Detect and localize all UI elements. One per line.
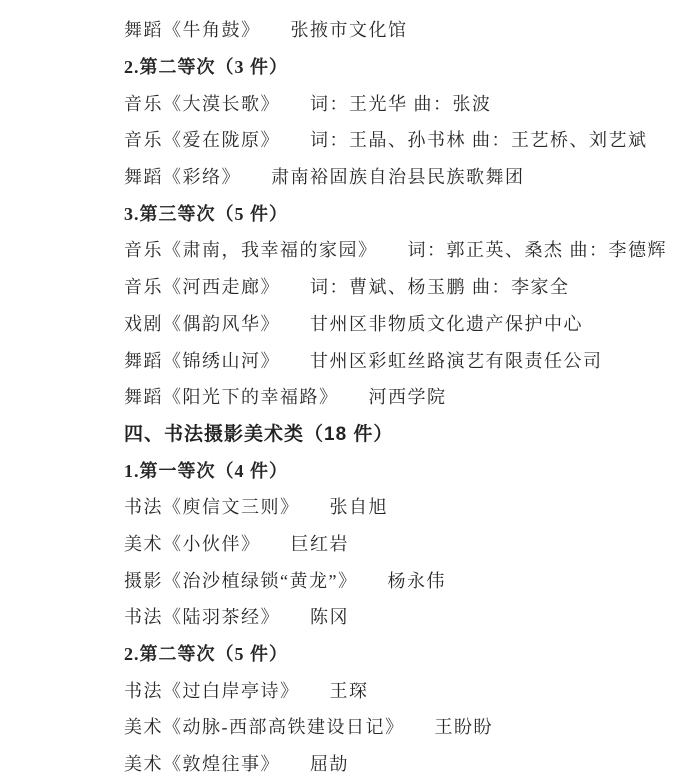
award-entry-line: 舞蹈《阳光下的幸福路》 河西学院 [124,378,677,415]
award-entry-line: 舞蹈《彩络》 肃南裕固族自治县民族歌舞团 [124,158,677,195]
award-entry-line: 舞蹈《牛角鼓》 张掖市文化馆 [124,11,677,48]
award-entry-line: 美术《动脉-西部高铁建设日记》 王盼盼 [124,708,677,745]
award-entry-line: 音乐《肃南，我幸福的家园》 词：郭正英、桑杰 曲：李德辉 [124,231,677,268]
rank-subheading: 2.第二等次（5 件） [124,635,677,672]
award-entry-line: 美术《敦煌往事》 屈劼 [124,745,677,782]
award-entry-line: 音乐《爱在陇原》 词：王晶、孙书林 曲：王艺桥、刘艺斌 [124,121,677,158]
rank-subheading: 1.第一等次（4 件） [124,451,677,488]
rank-subheading: 2.第二等次（3 件） [124,48,677,85]
document-page: 舞蹈《牛角鼓》 张掖市文化馆 2.第二等次（3 件） 音乐《大漠长歌》 词：王光… [0,0,697,784]
award-entry-line: 戏剧《偶韵风华》 甘州区非物质文化遗产保护中心 [124,305,677,342]
award-entry-line: 摄影《治沙植绿锁“黄龙”》 杨永伟 [124,561,677,598]
award-entry-line: 书法《庾信文三则》 张自旭 [124,488,677,525]
award-entry-line: 舞蹈《锦绣山河》 甘州区彩虹丝路演艺有限责任公司 [124,341,677,378]
award-entry-line: 音乐《大漠长歌》 词：王光华 曲：张波 [124,84,677,121]
award-entry-line: 书法《陆羽茶经》 陈冈 [124,598,677,635]
category-section-heading: 四、书法摄影美术类（18 件） [124,415,677,452]
award-entry-line: 书法《过白岸亭诗》 王琛 [124,671,677,708]
rank-subheading: 3.第三等次（5 件） [124,194,677,231]
award-entry-line: 美术《小伙伴》 巨红岩 [124,525,677,562]
award-entry-line: 音乐《河西走廊》 词：曹斌、杨玉鹏 曲：李家全 [124,268,677,305]
